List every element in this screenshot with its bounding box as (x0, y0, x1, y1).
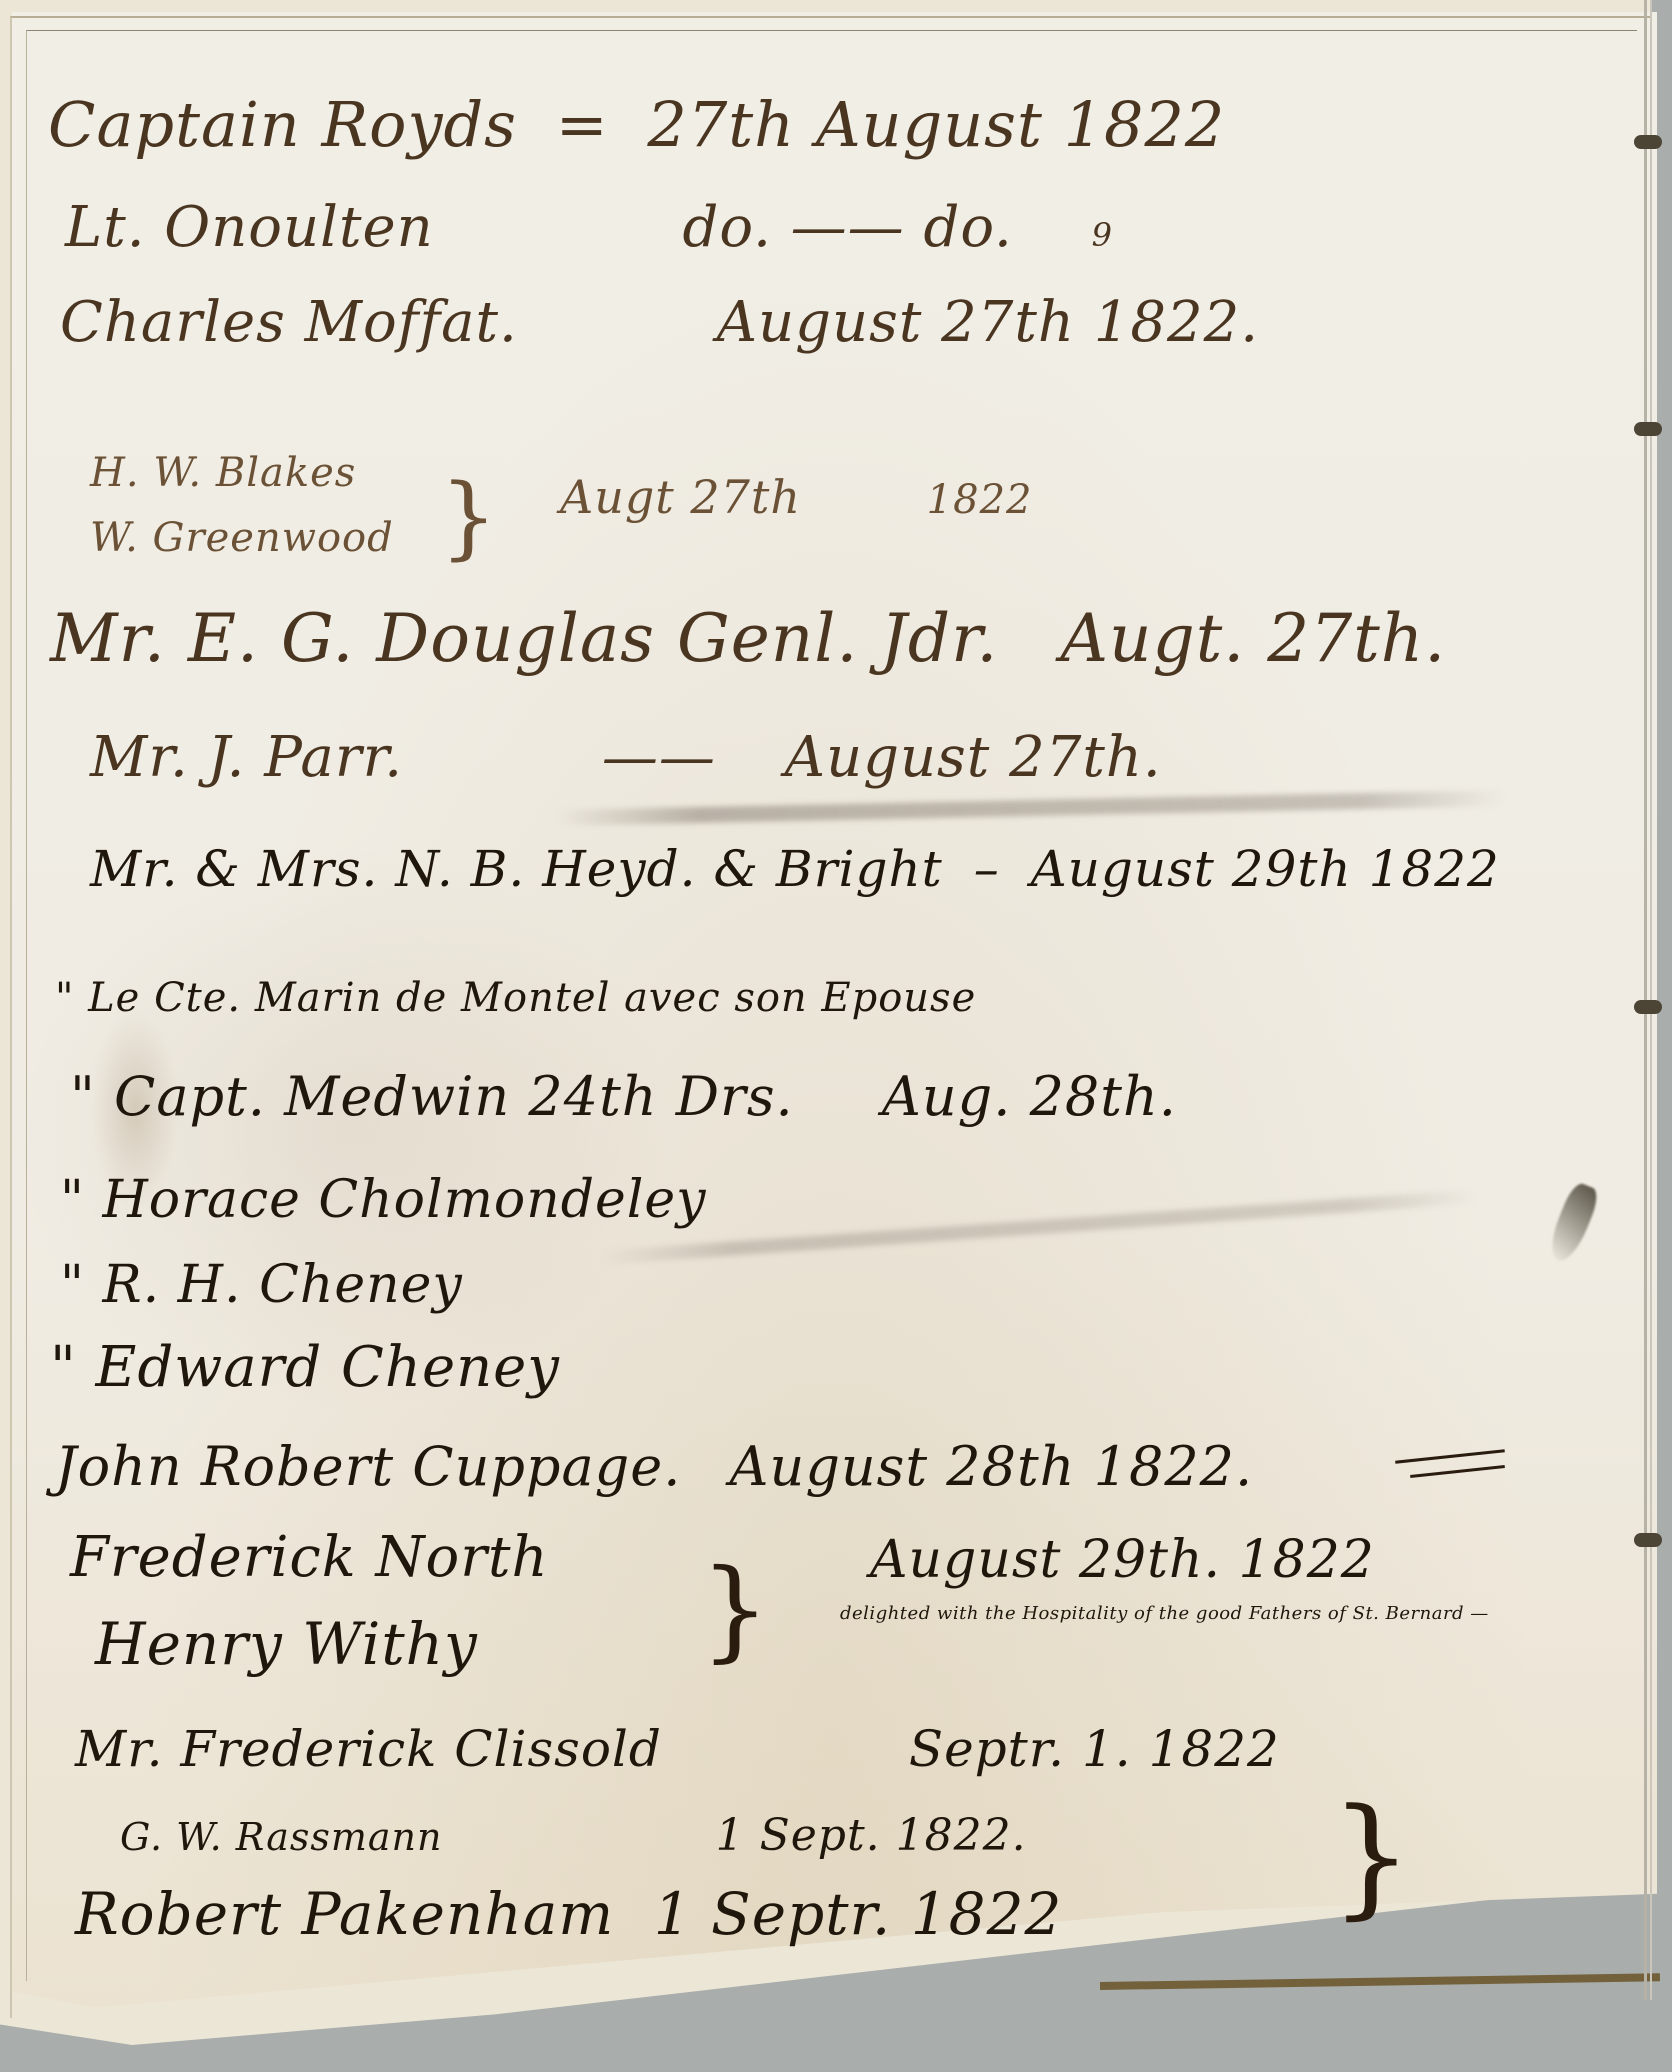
entry-name: John Robert Cuppage. (55, 1435, 681, 1498)
binding-stitch-3 (1634, 1000, 1662, 1014)
entry-14-date: August 29th. 1822 (870, 1530, 1375, 1590)
entry-year: 1822 (927, 477, 1033, 523)
entry-date: August 27th 1822. (717, 290, 1259, 355)
entry-date: 27th August 1822 (647, 88, 1225, 161)
entry-3: Charles Moffat. August 27th 1822. (60, 290, 1259, 355)
entry-name: Frederick North (70, 1525, 549, 1590)
entry-12: " Edward Cheney (50, 1335, 560, 1400)
entry-name: " Edward Cheney (50, 1335, 560, 1400)
entry-name: Mr. E. G. Douglas Genl. Jdr. (50, 600, 998, 677)
entry-mark: 9 (1092, 216, 1113, 254)
entry-5: Mr. E. G. Douglas Genl. Jdr. Augt. 27th. (50, 600, 1446, 677)
entry-name-2: W. Greenwood (90, 515, 394, 561)
entry-name: " Le Cte. Marin de Montel avec son Epous… (55, 975, 976, 1021)
entry-date: Augt. 27th. (1060, 600, 1446, 677)
entry-date: August 29th 1822 (1031, 840, 1500, 898)
entry-separator: – (974, 840, 1000, 898)
entry-6: Mr. J. Parr. —— August 27th. (90, 725, 1162, 790)
entry-date: Augt 27th (560, 470, 801, 524)
entry-16: G. W. Rassmann 1 Sept. 1822. (120, 1810, 1027, 1861)
entry-name: H. W. Blakes (90, 450, 356, 496)
entry-14-note: delighted with the Hospitality of the go… (840, 1600, 1600, 1628)
entry-name: Captain Royds (48, 88, 517, 161)
entry-date: Septr. 1. 1822 (909, 1720, 1280, 1778)
entry-4-name-2: W. Greenwood (90, 515, 394, 561)
entry-date: August 29th. 1822 (870, 1530, 1375, 1590)
entry-7: Mr. & Mrs. N. B. Heyd. & Bright – August… (90, 840, 1500, 898)
entry-11: " R. H. Cheney (60, 1255, 463, 1315)
entry-2: Lt. Onoulten do. —— do. 9 (65, 195, 1113, 260)
entry-4-name-1: H. W. Blakes (90, 450, 356, 496)
entry-name: " Capt. Medwin 24th Drs. (70, 1065, 794, 1128)
brace-icon: } (700, 1545, 770, 1673)
entry-separator: —— (602, 725, 716, 790)
entry-date: Aug. 28th. (882, 1065, 1177, 1128)
entry-name: Mr. Frederick Clissold (75, 1720, 662, 1778)
entry-13: John Robert Cuppage. August 28th 1822. (55, 1435, 1253, 1498)
entry-17: Robert Pakenham 1 Septr. 1822 (75, 1880, 1062, 1948)
torn-bottom-edge (1100, 1973, 1660, 1990)
entry-date: August 28th 1822. (730, 1435, 1254, 1498)
page-background: Captain Royds = 27th August 1822 Lt. Ono… (0, 0, 1672, 2072)
entry-10: " Horace Cholmondeley (60, 1170, 707, 1230)
entry-name: Lt. Onoulten (65, 195, 434, 260)
entry-name: Mr. J. Parr. (90, 725, 403, 790)
binding-stitch-2 (1634, 422, 1662, 436)
entry-date: do. —— do. (682, 195, 1012, 260)
entry-name: " Horace Cholmondeley (60, 1170, 707, 1230)
entry-separator: = (556, 88, 609, 161)
entry-date: 1 Septr. 1822 (654, 1880, 1063, 1948)
entry-name: Robert Pakenham (75, 1880, 614, 1948)
entry-1: Captain Royds = 27th August 1822 (48, 88, 1225, 161)
entry-4-date: Augt 27th 1822 (560, 470, 1032, 524)
entry-name: " R. H. Cheney (60, 1255, 463, 1315)
entry-14-name-2: Henry Withy (95, 1610, 478, 1678)
binding-stitch-4 (1634, 1533, 1662, 1547)
entry-name: Mr. & Mrs. N. B. Heyd. & Bright (90, 840, 943, 898)
entry-name: Charles Moffat. (60, 290, 518, 355)
entry-name: G. W. Rassmann (120, 1815, 443, 1859)
entry-date: August 27th. (785, 725, 1162, 790)
binding-stitch-1 (1634, 135, 1662, 149)
entry-8: " Le Cte. Marin de Montel avec son Epous… (55, 975, 976, 1021)
entry-name-2: Henry Withy (95, 1610, 478, 1678)
entry-15: Mr. Frederick Clissold Septr. 1. 1822 (75, 1720, 1280, 1778)
entry-date: 1 Sept. 1822. (716, 1810, 1027, 1861)
entry-14-name-1: Frederick North (70, 1525, 549, 1590)
entry-9: " Capt. Medwin 24th Drs. Aug. 28th. (70, 1065, 1177, 1128)
entry-note: delighted with the Hospitality of the go… (840, 1600, 1489, 1628)
brace-icon: } (440, 465, 497, 570)
brace-icon: } (1330, 1780, 1413, 1932)
